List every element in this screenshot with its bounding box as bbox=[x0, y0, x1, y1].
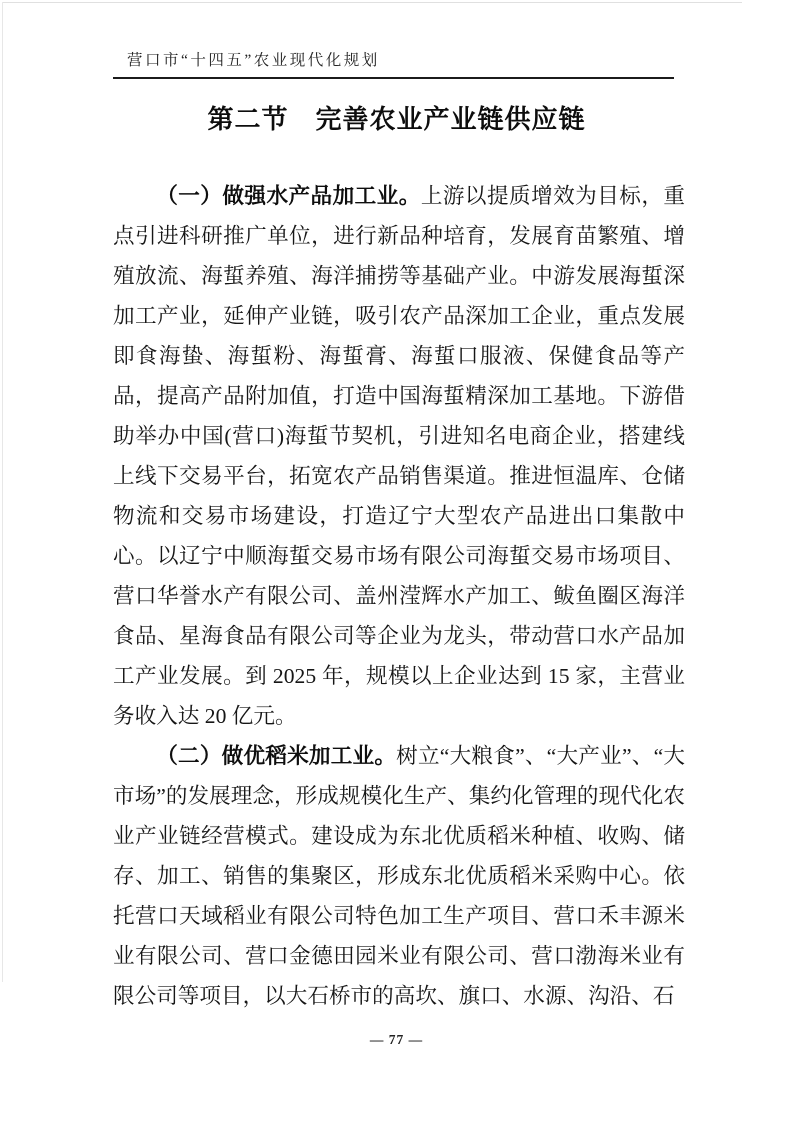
paragraph-1: （一）做强水产品加工业。上游以提质增效为目标，重点引进科研推广单位，进行新品种培… bbox=[113, 176, 685, 736]
paragraph-2-text: 树立“大粮食”、“大产业”、“大市场”的发展理念，形成规模化生产、集约化管理的现… bbox=[113, 744, 685, 1008]
page-edge-top bbox=[2, 2, 742, 3]
paragraph-1-text: 上游以提质增效为目标，重点引进科研推广单位，进行新品种培育，发展育苗繁殖、增殖放… bbox=[113, 184, 685, 728]
document-body: （一）做强水产品加工业。上游以提质增效为目标，重点引进科研推广单位，进行新品种培… bbox=[113, 176, 685, 1016]
page-edge-left bbox=[2, 2, 3, 982]
page-footer: — 77 — bbox=[0, 1031, 793, 1049]
paragraph-1-lead: （一）做强水产品加工业。 bbox=[156, 184, 421, 208]
document-page: 营口市“十四五”农业现代化规划 第二节 完善农业产业链供应链 （一）做强水产品加… bbox=[0, 0, 793, 1122]
running-header-title: 营口市“十四五”农业现代化规划 bbox=[127, 48, 674, 70]
paragraph-2-lead: （二）做优稻米加工业。 bbox=[156, 744, 396, 768]
section-title: 第二节 完善农业产业链供应链 bbox=[0, 99, 793, 136]
page-number: — 77 — bbox=[370, 1032, 423, 1047]
paragraph-2: （二）做优稻米加工业。树立“大粮食”、“大产业”、“大市场”的发展理念，形成规模… bbox=[113, 736, 685, 1016]
running-header: 营口市“十四五”农业现代化规划 bbox=[113, 48, 674, 79]
